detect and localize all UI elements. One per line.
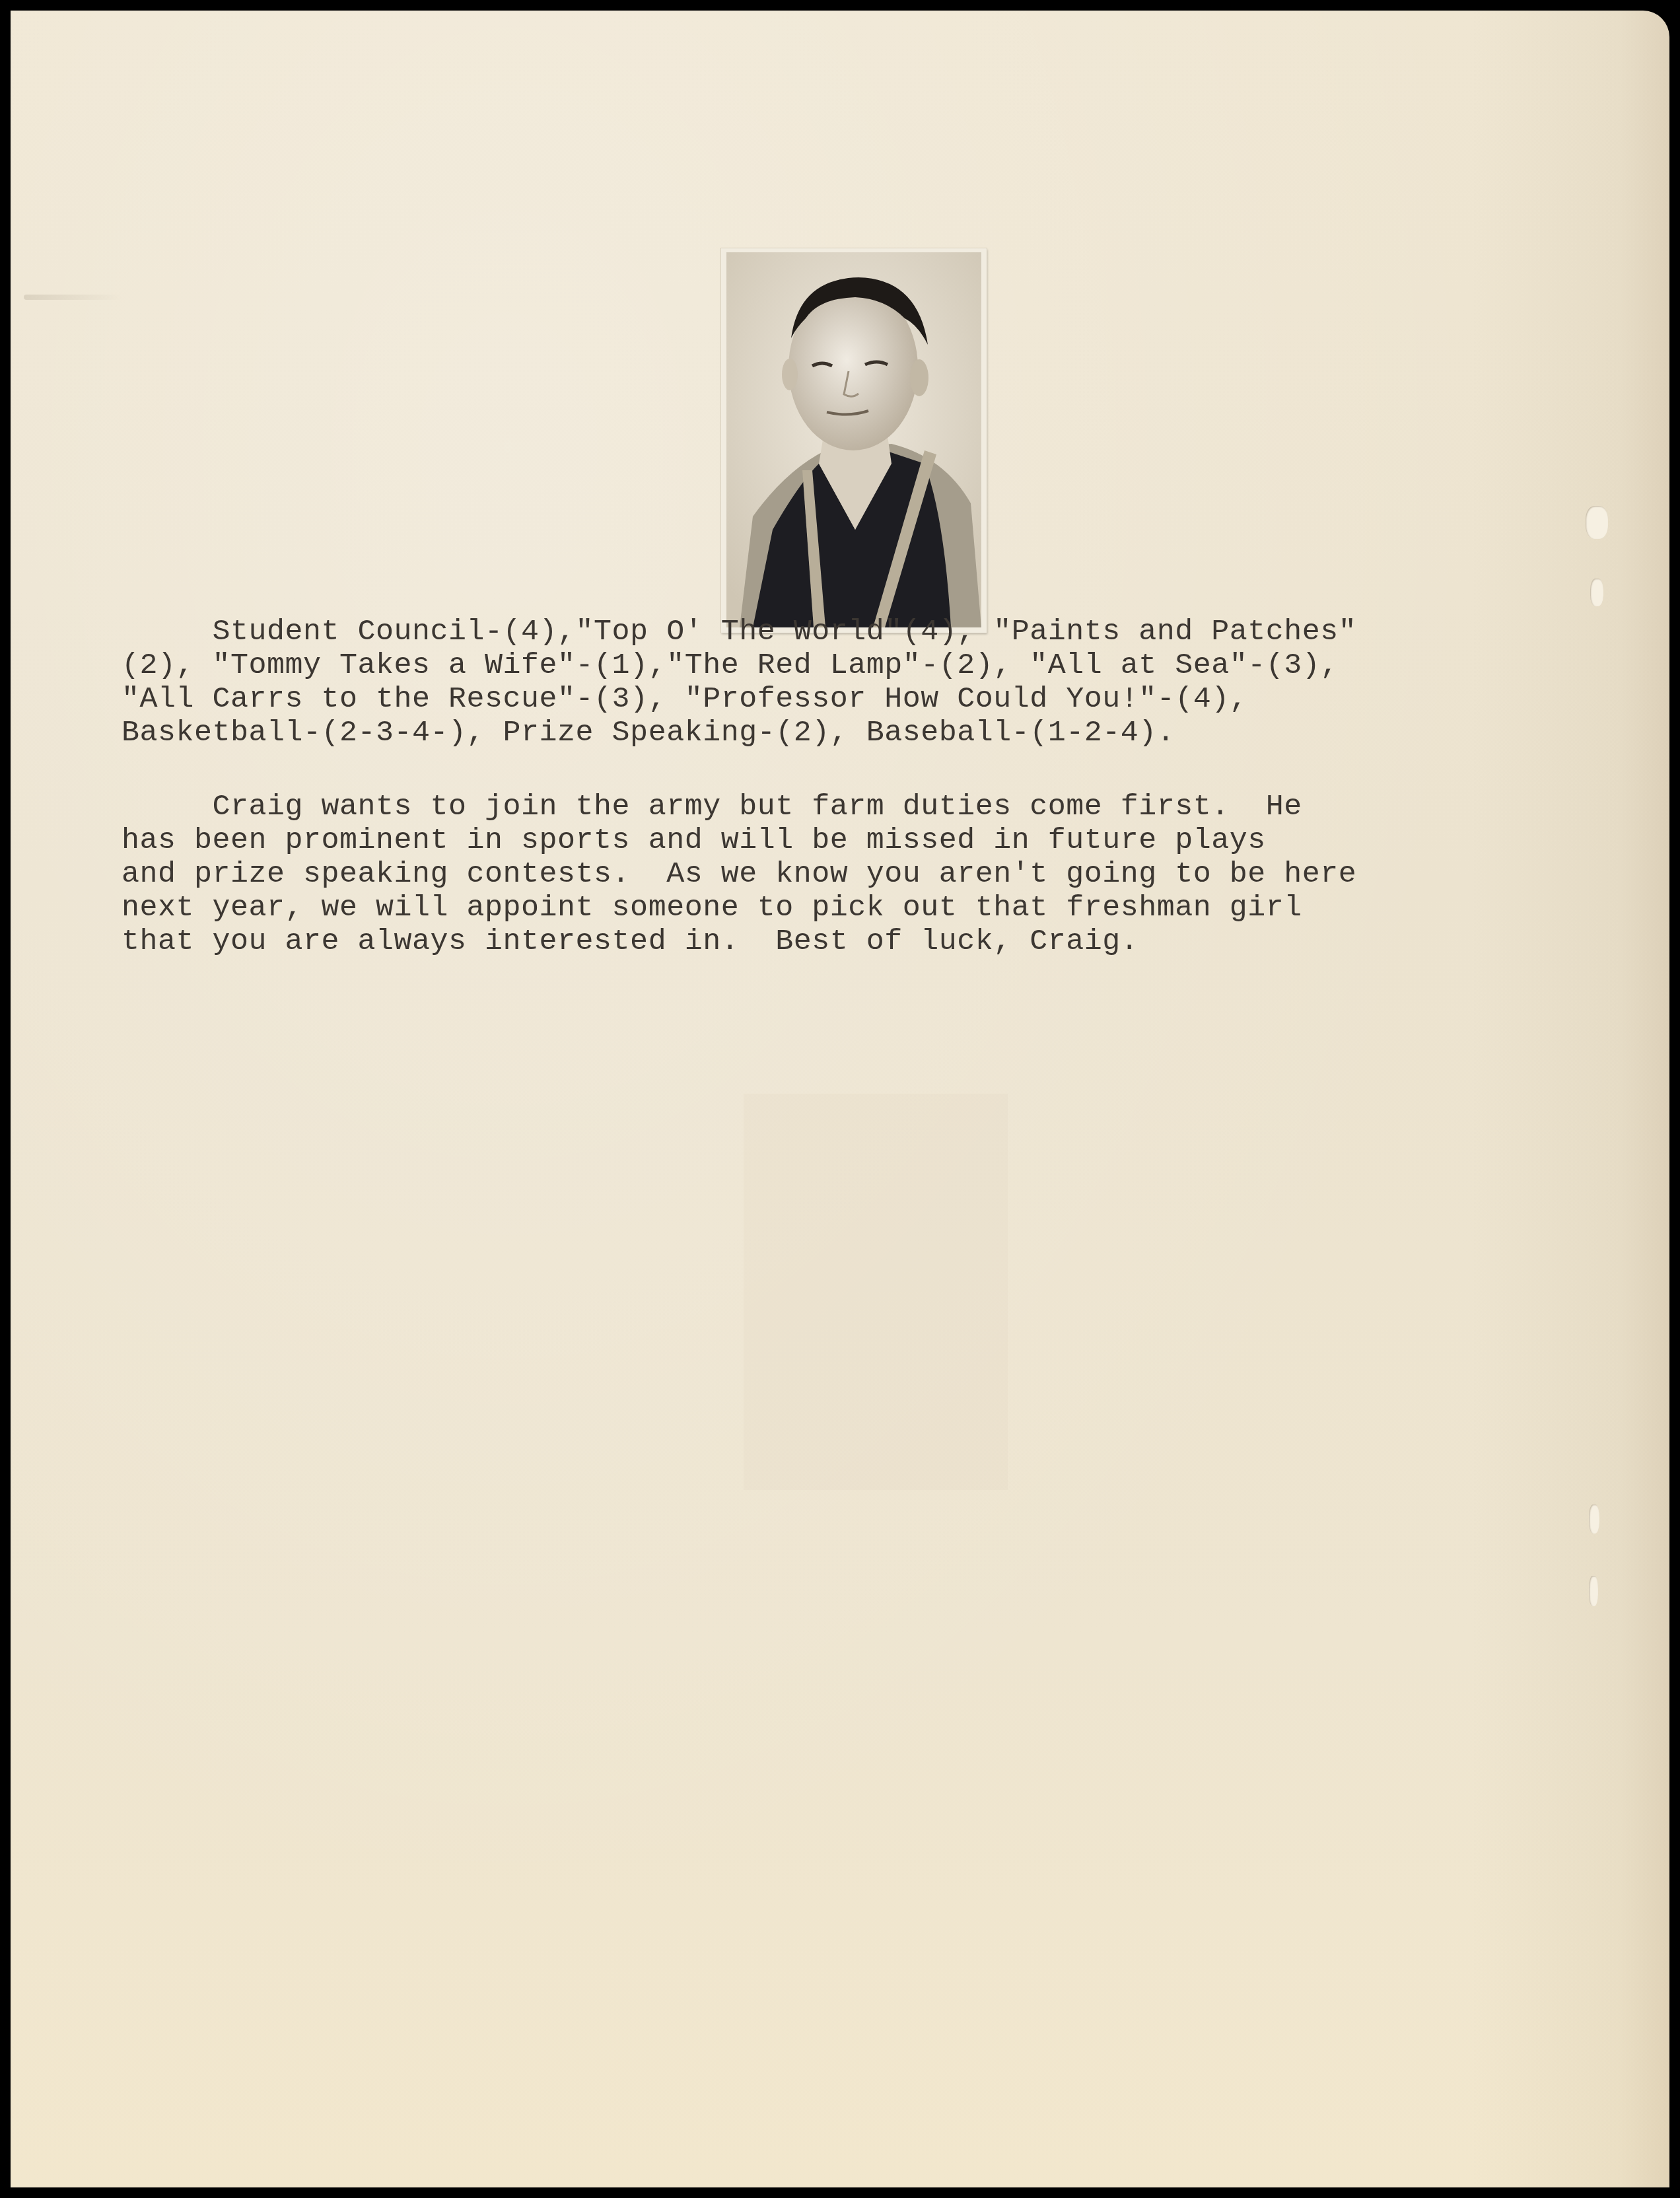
activities-line: "All Carrs to the Rescue"-(3), "Professo… bbox=[122, 682, 1541, 716]
biography-line: Craig wants to join the army but farm du… bbox=[122, 790, 1541, 824]
biography-line: that you are always interested in. Best … bbox=[122, 925, 1541, 958]
punch-hole-top-small bbox=[1590, 579, 1603, 606]
biography-line: and prize speaking contests. As we know … bbox=[122, 857, 1541, 891]
punch-hole-bottom-small bbox=[1589, 1576, 1598, 1606]
activities-line: Basketball-(2-3-4-), Prize Speaking-(2),… bbox=[122, 716, 1541, 750]
activities-line: (2), "Tommy Takes a Wife"-(1),"The Red L… bbox=[122, 649, 1541, 682]
biography-paragraph: Craig wants to join the army but farm du… bbox=[122, 790, 1541, 958]
biography-line: next year, we will appoint someone to pi… bbox=[122, 891, 1541, 925]
paper-fold-mark bbox=[24, 295, 123, 300]
punch-hole-top bbox=[1586, 506, 1608, 539]
activities-line: Student Council-(4),"Top O' The World"(4… bbox=[122, 615, 1541, 649]
portrait-photo-icon bbox=[726, 252, 981, 627]
activities-paragraph: Student Council-(4),"Top O' The World"(4… bbox=[122, 615, 1541, 750]
document-page: Student Council-(4),"Top O' The World"(4… bbox=[11, 11, 1669, 2187]
portrait-photo bbox=[721, 248, 987, 633]
biography-line: has been prominent in sports and will be… bbox=[122, 824, 1541, 857]
punch-hole-bottom bbox=[1589, 1505, 1599, 1534]
bleed-through-photo-shadow bbox=[744, 1094, 1008, 1490]
